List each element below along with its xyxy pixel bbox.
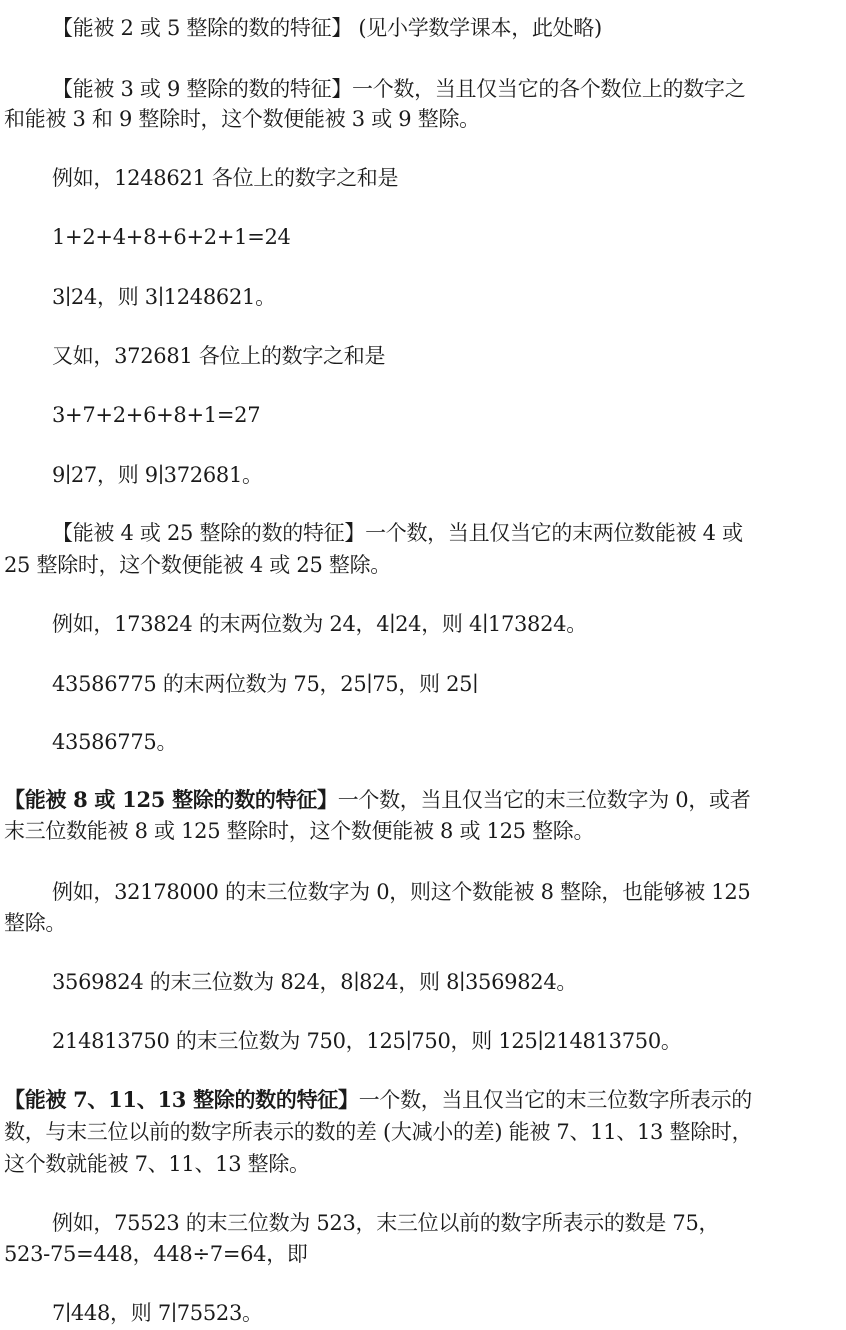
section-8-125-example-3: 214813750 的末三位数为 750，125∣750，则 125∣21481… xyxy=(52,1026,682,1056)
section-7-11-13-example-1-cont: 523-75=448，448÷7=64，即 xyxy=(4,1239,308,1269)
section-8-125-heading-rest: 一个数，当且仅当它的末三位数字为 0，或者 xyxy=(338,788,751,812)
section-8-125-example-1: 例如，32178000 的末三位数字为 0，则这个数能被 8 整除，也能够被 1… xyxy=(52,877,750,907)
section-4-25-rule-line-1: 【能被 4 或 25 整除的数的特征】一个数，当且仅当它的末两位数能被 4 或 xyxy=(52,518,743,548)
section-7-11-13-rule-line-2: 数，与末三位以前的数字所表示的数的差 (大减小的差) 能被 7、11、13 整除… xyxy=(4,1117,752,1147)
section-3-9-example-1: 例如，1248621 各位上的数字之和是 xyxy=(52,163,398,193)
section-2-5-text: 【能被 2 或 5 整除的数的特征】 (见小学数学课本，此处略) xyxy=(52,13,602,43)
section-7-11-13-rule-line-3: 这个数就能被 7、11、13 整除。 xyxy=(4,1149,310,1179)
section-3-9-example-5: 3+7+2+6+8+1=27 xyxy=(52,400,260,430)
section-4-25-example-1: 例如，173824 的末两位数为 24，4∣24，则 4∣173824。 xyxy=(52,609,587,639)
section-3-9-rule-line-2: 和能被 3 和 9 整除时，这个数便能被 3 或 9 整除。 xyxy=(4,104,480,134)
section-3-9-example-6: 9∣27，则 9∣372681。 xyxy=(52,460,263,490)
section-3-9-example-4: 又如，372681 各位上的数字之和是 xyxy=(52,341,385,371)
section-7-11-13-example-2: 7∣448，则 7∣75523。 xyxy=(52,1298,263,1328)
section-8-125-example-2: 3569824 的末三位数为 824，8∣824，则 8∣3569824。 xyxy=(52,967,577,997)
section-7-11-13-example-1: 例如，75523 的末三位数为 523，末三位以前的数字所表示的数是 75， xyxy=(52,1208,719,1238)
section-3-9-example-2: 1+2+4+8+6+2+1=24 xyxy=(52,222,291,252)
section-7-11-13-heading: 【能被 7、11、13 整除的数的特征】 xyxy=(4,1087,359,1112)
section-3-9-rule-line-1: 【能被 3 或 9 整除的数的特征】一个数，当且仅当它的各个数位上的数字之 xyxy=(52,74,745,104)
section-8-125-heading: 【能被 8 或 125 整除的数的特征】 xyxy=(4,787,338,812)
section-7-11-13-rule-line-1: 【能被 7、11、13 整除的数的特征】一个数，当且仅当它的末三位数字所表示的 xyxy=(4,1085,752,1115)
section-3-9-example-3: 3∣24，则 3∣1248621。 xyxy=(52,282,276,312)
section-4-25-rule-line-2: 25 整除时，这个数便能被 4 或 25 整除。 xyxy=(4,550,391,580)
section-8-125-rule-line-1: 【能被 8 或 125 整除的数的特征】一个数，当且仅当它的末三位数字为 0，或… xyxy=(4,785,750,815)
section-4-25-example-2: 43586775 的末两位数为 75，25∣75，则 25∣ xyxy=(52,669,478,699)
section-8-125-example-1-cont: 整除。 xyxy=(4,908,66,938)
section-8-125-rule-line-2: 末三位数能被 8 或 125 整除时，这个数便能被 8 或 125 整除。 xyxy=(4,816,594,846)
section-7-11-13-heading-rest: 一个数，当且仅当它的末三位数字所表示的 xyxy=(359,1088,752,1112)
section-4-25-example-3: 43586775。 xyxy=(52,727,177,757)
